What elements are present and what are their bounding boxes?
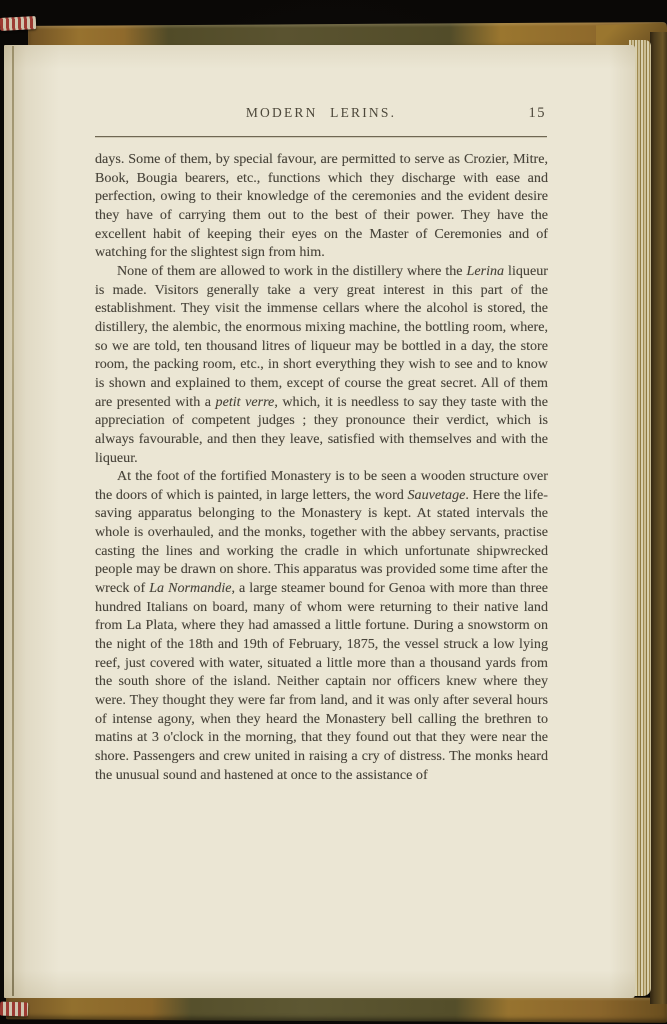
book-cover-right-edge bbox=[650, 32, 667, 1004]
gutter-crease bbox=[12, 46, 14, 996]
italic-text: La Normandie bbox=[149, 580, 231, 596]
body-text: None of them are allowed to work in the … bbox=[117, 263, 467, 279]
book-cover-bottom-edge bbox=[6, 994, 667, 1022]
italic-text: Sauvetage bbox=[407, 487, 465, 503]
page-number: 15 bbox=[529, 105, 547, 122]
italic-text: petit verre bbox=[216, 394, 275, 410]
book-photograph: MODERN LERINS. 15 days. Some of them, by… bbox=[0, 0, 667, 1024]
paragraph: None of them are allowed to work in the … bbox=[95, 262, 548, 467]
body-text: , a large steamer bound for Genoa with m… bbox=[95, 580, 548, 783]
paragraph: At the foot of the fortified Monastery i… bbox=[95, 467, 548, 784]
headband-top bbox=[0, 16, 36, 31]
running-title: MODERN LERINS. bbox=[95, 105, 547, 121]
body-text: days. Some of them, by special favour, a… bbox=[95, 151, 548, 260]
page-body: days. Some of them, by special favour, a… bbox=[95, 150, 548, 784]
running-head: MODERN LERINS. 15 bbox=[95, 105, 547, 125]
italic-text: Lerina bbox=[467, 263, 505, 279]
body-text: liqueur is made. Visitors generally take… bbox=[95, 263, 548, 410]
paragraph: days. Some of them, by special favour, a… bbox=[95, 150, 548, 262]
header-rule bbox=[95, 136, 547, 137]
headband-bottom bbox=[0, 1002, 28, 1017]
